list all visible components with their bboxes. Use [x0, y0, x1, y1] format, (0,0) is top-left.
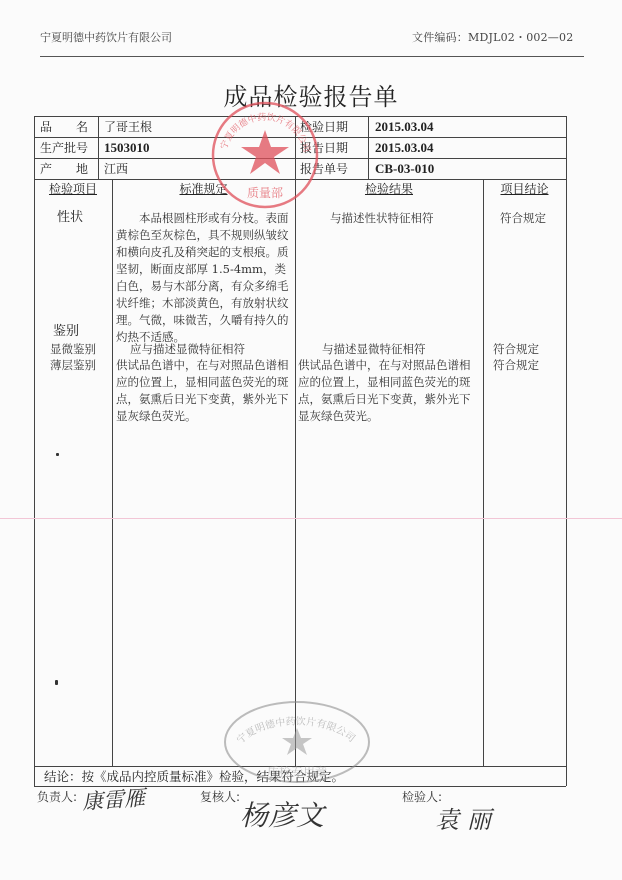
row-conclusion-microscopic: 符合规定	[493, 341, 539, 358]
row-item-appearance: 性状	[57, 208, 83, 228]
column-header-conclusion: 项目结论	[483, 179, 566, 199]
stamp-text: 质量部	[247, 185, 283, 200]
batch-value: 1503010	[104, 138, 150, 158]
reviewer-signature: 杨彦文	[240, 794, 324, 834]
qc-special-stamp: 宁夏明德中药饮片有限公司 质检专用章	[222, 700, 372, 785]
row-subitem-tlc: 薄层鉴别	[50, 357, 96, 374]
row-result-microscopic: 与描述显微特征相符	[322, 341, 426, 358]
stamp-text: 质检专用章	[267, 764, 327, 779]
origin-label: 产 地	[40, 159, 88, 179]
row-standard-microscopic: 应与描述显微特征相符	[130, 341, 245, 358]
table-border-right	[566, 116, 567, 786]
table-col-divider	[368, 116, 369, 179]
table-col-divider	[483, 179, 484, 766]
table-col-divider	[112, 179, 113, 766]
reviewer-label: 复核人:	[200, 788, 240, 805]
header-divider	[40, 56, 584, 57]
table-col-divider	[98, 116, 99, 179]
inspector-signature: 袁丽	[435, 800, 499, 835]
row-standard-appearance: 本品根圆柱形或有分枝。表面黄棕色至灰棕色，具不规则纵皱纹和横向皮孔及稍突起的支根…	[116, 210, 292, 346]
label-text: 品 名	[40, 117, 88, 137]
product-name-value: 了哥王根	[104, 117, 152, 137]
column-header-item: 检验项目	[34, 179, 112, 199]
document-code: 文件编码：MDJL02・002—02	[412, 29, 573, 45]
row-result-appearance: 与描述性状特征相符	[330, 210, 434, 227]
row-result-tlc: 供试品色谱中，在与对照品色谱相应的位置上，显相同蓝色荧光的斑点，氨熏后日光下变黄…	[298, 357, 480, 425]
row-subitem-microscopic: 显微鉴别	[50, 341, 96, 358]
row-standard-tlc: 供试品色谱中，在与对照品色谱相应的位置上，显相同蓝色荧光的斑点，氨熏后日光下变黄…	[116, 357, 292, 425]
row-conclusion-appearance: 符合规定	[500, 210, 546, 227]
column-header-result: 检验结果	[295, 179, 483, 199]
scan-speck	[55, 680, 58, 685]
batch-label: 生产批号	[40, 138, 88, 158]
row-item-identification: 鉴别	[53, 322, 79, 342]
quality-dept-stamp: 宁夏明德中药饮片有限公司 质量部	[210, 100, 320, 210]
inspect-date-value: 2015.03.04	[375, 117, 434, 137]
table-border-left	[34, 116, 35, 786]
company-name: 宁夏明德中药饮片有限公司	[40, 29, 172, 45]
scan-speck	[56, 453, 59, 456]
report-no-value: CB-03-010	[375, 159, 434, 179]
table-col-divider	[295, 116, 296, 766]
origin-value: 江西	[104, 159, 128, 179]
responsible-label: 负责人:	[37, 788, 77, 805]
scan-artifact-line	[0, 518, 622, 519]
row-conclusion-tlc: 符合规定	[493, 357, 539, 374]
product-name-label: 品 名	[40, 117, 94, 137]
report-date-value: 2015.03.04	[375, 138, 434, 158]
responsible-signature: 康雷雁	[81, 782, 146, 816]
